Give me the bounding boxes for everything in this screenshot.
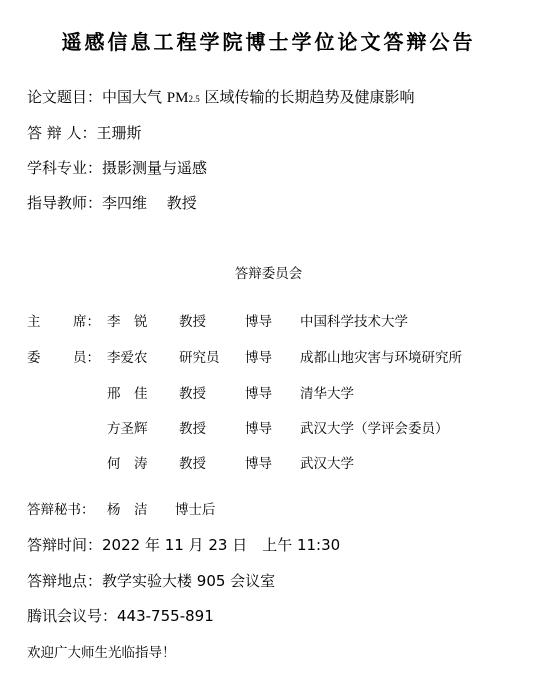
member-name: 李 锐 [107,310,148,330]
meeting-label: 腾讯会议号： [27,607,117,625]
thesis-title-after: 区域传输的长期趋势及健康影响 [200,88,415,106]
member-org: 成都山地灾害与环境研究所 [300,346,462,366]
location-label: 答辩地点： [27,572,102,590]
candidate-name: 王珊斯 [97,124,142,142]
welcome-text: 欢迎广大师生光临指导！ [27,641,176,661]
major-label: 学科专业： [27,159,102,177]
member-org: 清华大学 [300,382,354,402]
member-name: 李爱农 [107,346,148,366]
member-org: 武汉大学（学评会委员） [300,417,449,437]
member-name: 方圣辉 [107,417,148,437]
pm-label: PM2.5 [167,90,200,106]
meeting-line: 腾讯会议号：443-755-891 [27,605,214,626]
advisor-label: 指导教师： [27,194,102,212]
member-name: 邢 佳 [107,382,148,402]
member-title: 教授 [179,310,206,330]
thesis-title-before: 中国大气 [102,88,167,106]
secretary-title: 博士后 [175,498,216,518]
role-label: 委 [27,346,41,366]
major-line: 学科专业：摄影测量与遥感 [27,157,207,178]
location-line: 答辩地点：教学实验大楼 905 会议室 [27,570,275,591]
member-name: 何 涛 [107,452,148,472]
candidate-line: 答 辩 人：王珊斯 [27,122,142,143]
role-label: 主 [27,310,41,330]
thesis-line: 论文题目：中国大气 PM2.5 区域传输的长期趋势及健康影响 [27,86,415,107]
secretary-label: 答辩秘书： [27,498,95,518]
major-value: 摄影测量与遥感 [102,159,207,177]
member-title: 教授 [179,382,206,402]
time-value: 2022 年 11 月 23 日 上午 11:30 [102,536,340,554]
announcement-title: 遥感信息工程学院博士学位论文答辩公告 [0,26,537,55]
time-label: 答辩时间： [27,536,102,554]
time-line: 答辩时间：2022 年 11 月 23 日 上午 11:30 [27,534,340,555]
secretary-name: 杨 洁 [107,498,148,518]
member-org: 中国科学技术大学 [300,310,408,330]
member-supervisor: 博导 [245,452,272,472]
role-label-suffix: 席： [73,310,100,330]
member-supervisor: 博导 [245,417,272,437]
candidate-label: 答 辩 人： [27,124,97,142]
location-value: 教学实验大楼 905 会议室 [102,572,275,590]
thesis-label: 论文题目： [27,88,102,106]
member-title: 教授 [179,452,206,472]
advisor-line: 指导教师：李四维 教授 [27,192,197,213]
member-org: 武汉大学 [300,452,354,472]
committee-heading: 答辩委员会 [0,262,537,282]
member-supervisor: 博导 [245,310,272,330]
advisor-value: 李四维 教授 [102,194,197,212]
role-label-suffix: 员： [73,346,100,366]
member-supervisor: 博导 [245,382,272,402]
member-title: 教授 [179,417,206,437]
member-title: 研究员 [179,346,220,366]
meeting-id: 443-755-891 [117,607,214,625]
member-supervisor: 博导 [245,346,272,366]
